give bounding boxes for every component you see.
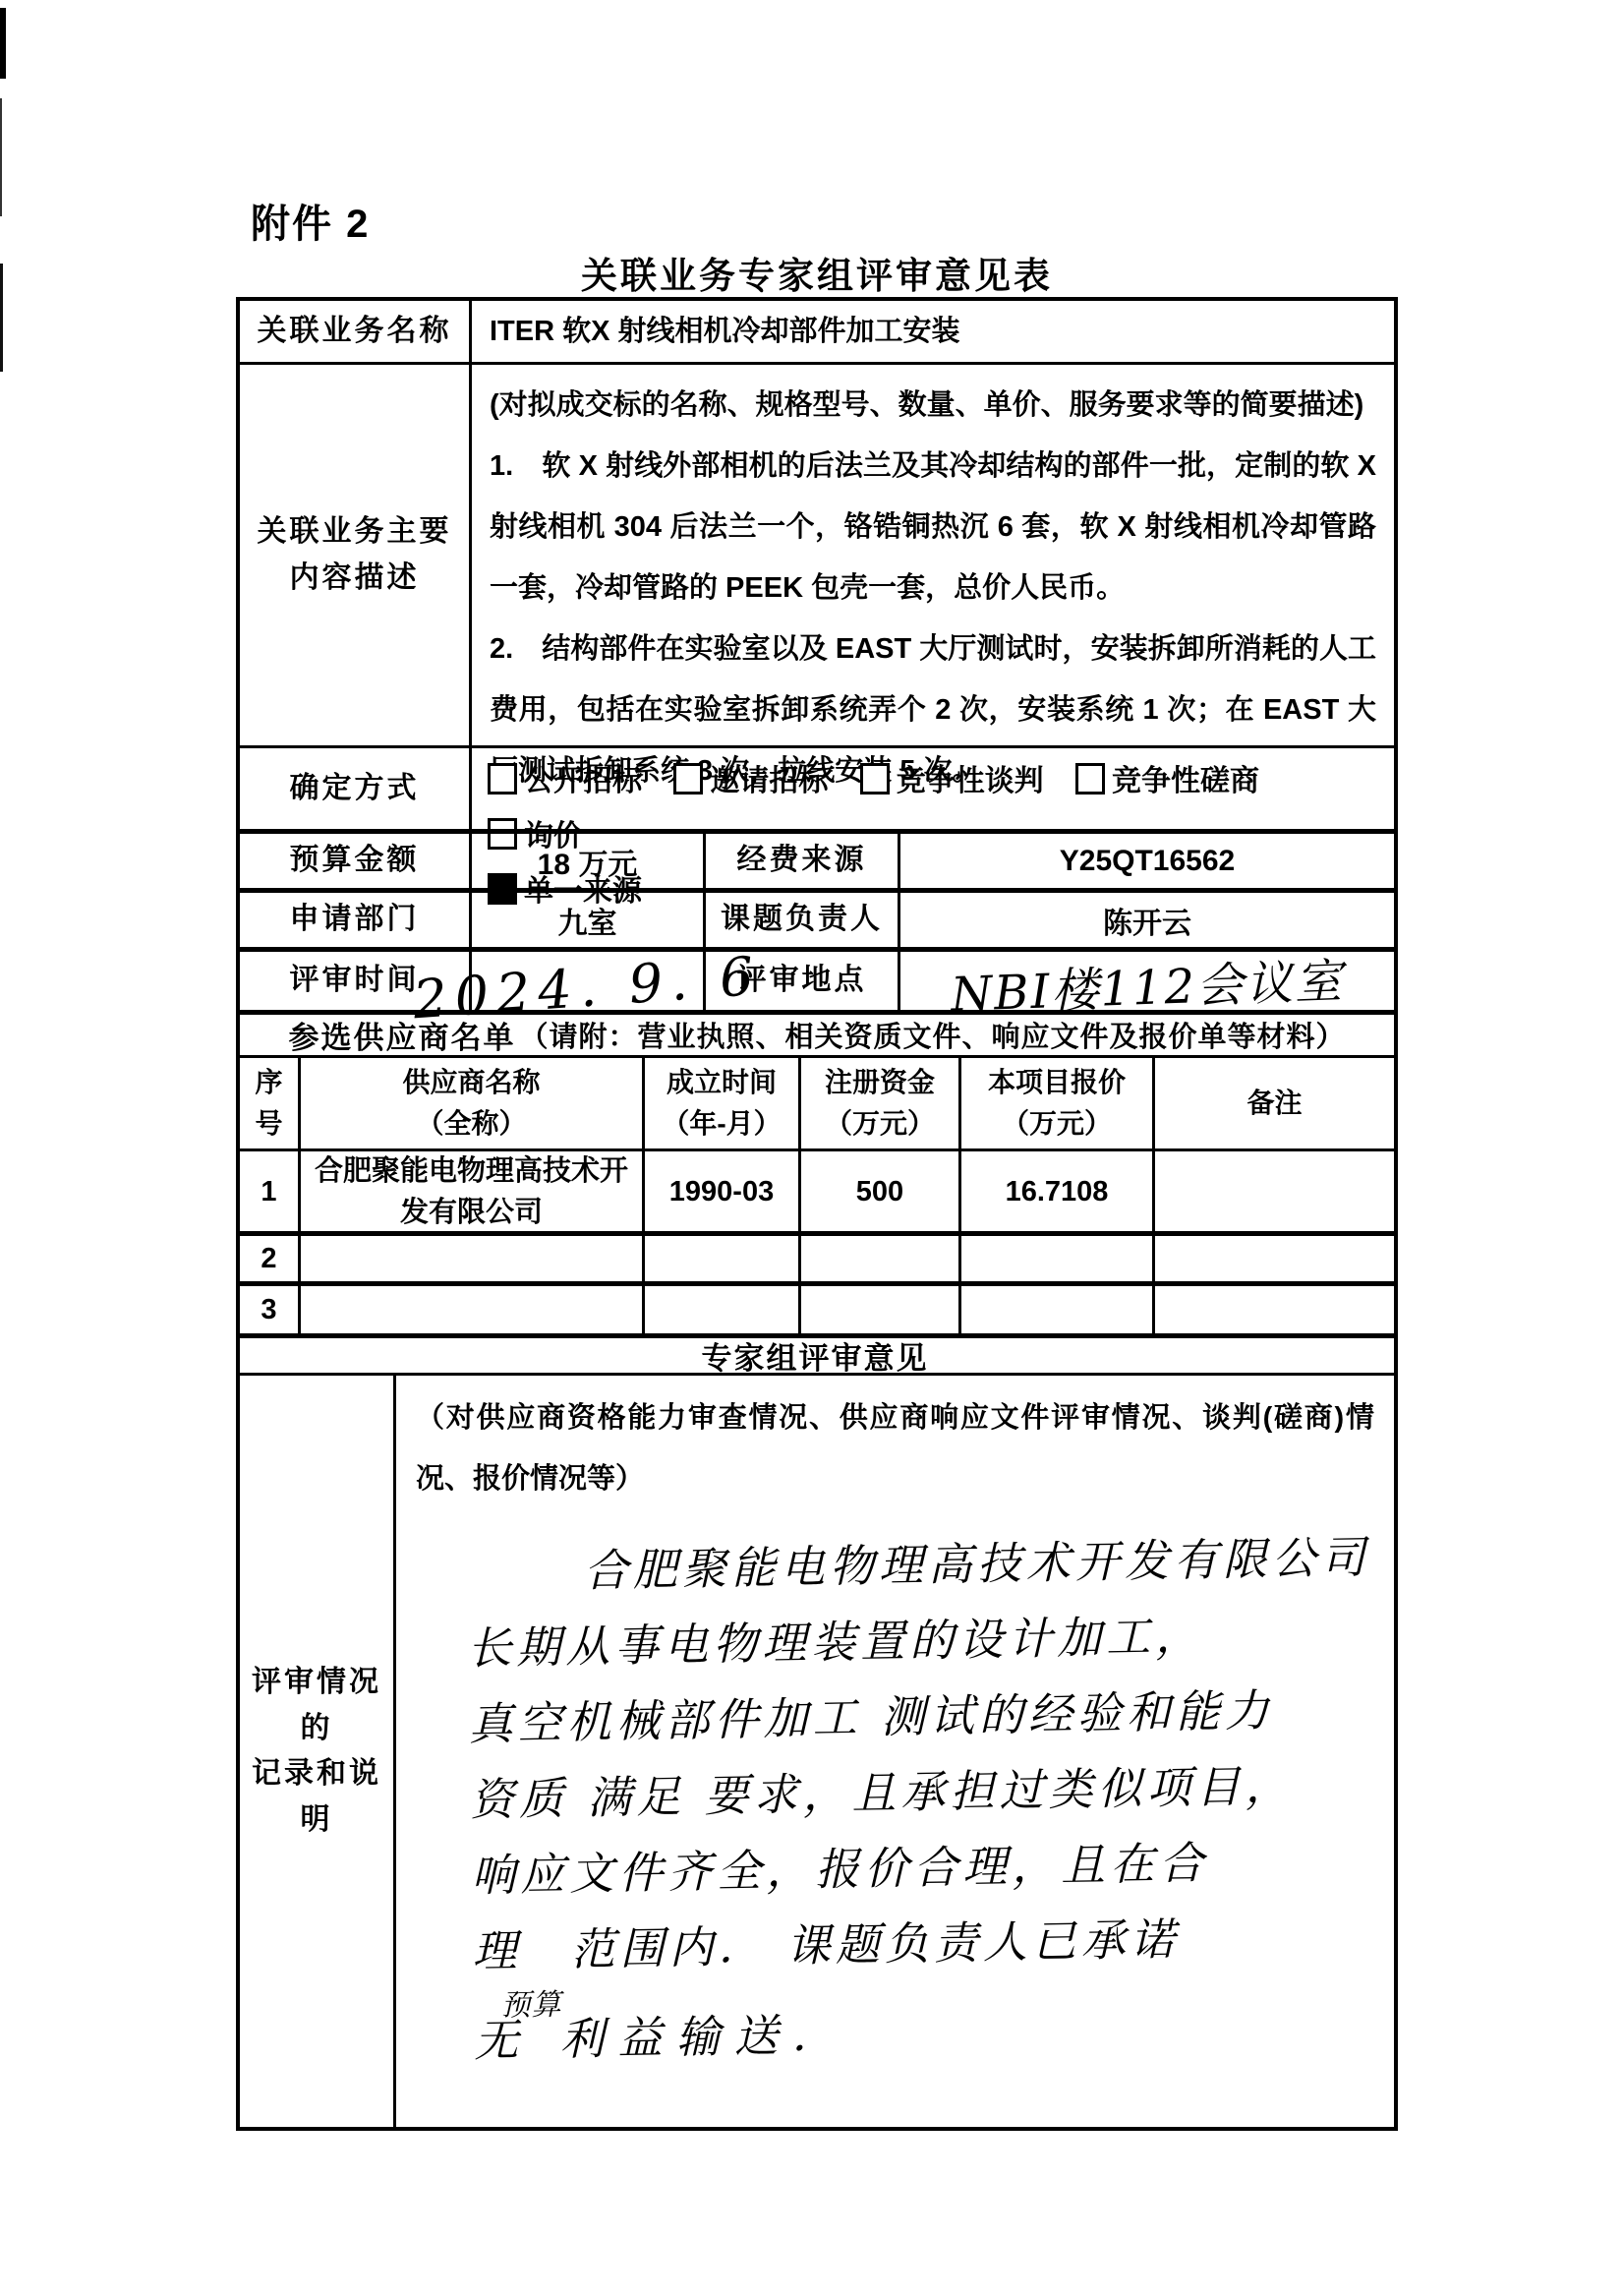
handwriting-line: 无 利益输送． xyxy=(474,1987,1379,2079)
page-title: 关联业务专家组评审意见表 xyxy=(236,246,1398,299)
column-header-no: 序 号 xyxy=(240,1058,298,1148)
budget-label: 预算金额 xyxy=(240,834,469,888)
scanned-document-page: 附件 2 关联业务专家组评审意见表 关联业务名称 ITER 软X 射线相机冷却部… xyxy=(0,0,1623,2296)
supplier-capital xyxy=(798,1236,958,1281)
content-label-line2: 内容描述 xyxy=(258,556,452,602)
column-header-capital: 注册资金 （万元） xyxy=(798,1058,958,1148)
supplier-established: 1990-03 xyxy=(642,1151,798,1231)
column-header-quote: 本项目报价 （万元） xyxy=(958,1058,1152,1148)
review-section-title-text: 专家组评审意见 xyxy=(702,1333,929,1378)
budget-value: 18 万元 xyxy=(469,834,703,888)
method-option: 竞争性谈判 xyxy=(860,765,1044,797)
column-header-text: （全称） xyxy=(416,1103,526,1145)
row-business-name: 关联业务名称 ITER 软X 射线相机冷却部件加工安装 xyxy=(240,301,1394,362)
column-header-text: 备注 xyxy=(1246,1083,1302,1124)
column-header-remark: 备注 xyxy=(1152,1058,1394,1148)
method-option-label: 竞争性磋商 xyxy=(1112,765,1259,797)
supplier-name: 合肥聚能电物理高技术开发有限公司 xyxy=(298,1151,642,1231)
row-supplier-section-header: 参选供应商名单 （请附：营业执照、相关资质文件、响应文件及报价单等材料） xyxy=(240,1010,1394,1055)
supplier-row-1: 1 合肥聚能电物理高技术开发有限公司 1990-03 500 16.7108 xyxy=(240,1148,1394,1231)
review-form-table: 关联业务名称 ITER 软X 射线相机冷却部件加工安装 关联业务主要 内容描述 … xyxy=(236,297,1398,2131)
row-supplier-columns: 序 号 供应商名称 （全称） 成立时间 （年-月） 注册资金 （万元） 本项目报… xyxy=(240,1055,1394,1148)
row-budget: 预算金额 18 万元 经费来源 Y25QT16562 xyxy=(240,829,1394,888)
supplier-established xyxy=(642,1236,798,1281)
checkbox-icon xyxy=(860,763,890,795)
supplier-no: 2 xyxy=(240,1236,298,1281)
content-note: (对拟成交标的名称、规格型号、数量、单价、服务要求等的简要描述) xyxy=(490,375,1376,436)
review-place-handwritten-value: NBI楼112会议室 xyxy=(950,943,1345,1025)
scan-edge-artifact xyxy=(0,264,3,372)
attachment-label: 附件 2 xyxy=(251,193,370,249)
supplier-capital xyxy=(798,1286,958,1333)
review-label-line2: 记录和说明 xyxy=(240,1751,393,1843)
checkbox-icon xyxy=(1075,763,1105,795)
supplier-row-3: 3 xyxy=(240,1281,1394,1333)
row-department: 申请部门 九室 课题负责人 陈开云 xyxy=(240,888,1394,947)
supplier-remark xyxy=(1152,1236,1394,1281)
review-record-label: 评审情况的 记录和说明 xyxy=(240,1376,393,2127)
supplier-section-header: 参选供应商名单 （请附：营业执照、相关资质文件、响应文件及报价单等材料） xyxy=(240,1015,1394,1055)
method-option: 公开招标 xyxy=(488,765,642,797)
content-label-line1: 关联业务主要 xyxy=(258,509,452,556)
review-record-content: （对供应商资格能力审查情况、供应商响应文件评审情况、谈判(磋商)情况、报价情况等… xyxy=(393,1376,1394,2127)
supplier-capital: 500 xyxy=(798,1151,958,1231)
column-header-text: 序 xyxy=(255,1062,282,1103)
column-header-text: 成立时间 xyxy=(667,1062,777,1103)
column-header-supplier-name: 供应商名称 （全称） xyxy=(298,1058,642,1148)
supplier-quote xyxy=(958,1286,1152,1333)
department-label: 申请部门 xyxy=(240,893,469,947)
department-value: 九室 xyxy=(469,893,703,947)
review-label-line1: 评审情况的 xyxy=(240,1660,393,1751)
content-description-label: 关联业务主要 内容描述 xyxy=(240,365,469,745)
supplier-established xyxy=(642,1286,798,1333)
leader-label: 课题负责人 xyxy=(703,893,898,947)
supplier-quote xyxy=(958,1236,1152,1281)
content-description-text: (对拟成交标的名称、规格型号、数量、单价、服务要求等的简要描述) 1. 软 X … xyxy=(469,365,1394,745)
handwriting-line-text: 理 范围内． 课题负责人已承诺 xyxy=(472,1913,1180,1977)
funding-label: 经费来源 xyxy=(703,834,898,888)
column-header-text: （万元） xyxy=(1002,1103,1112,1145)
review-section-title: 专家组评审意见 xyxy=(240,1338,1394,1373)
column-header-text: 供应商名称 xyxy=(402,1062,540,1103)
review-note: （对供应商资格能力审查情况、供应商响应文件评审情况、谈判(磋商)情况、报价情况等… xyxy=(416,1387,1374,1509)
supplier-no: 3 xyxy=(240,1286,298,1333)
supplier-no: 1 xyxy=(240,1151,298,1231)
method-option-label: 竞争性谈判 xyxy=(897,765,1044,797)
supplier-name xyxy=(298,1236,642,1281)
row-content-description: 关联业务主要 内容描述 (对拟成交标的名称、规格型号、数量、单价、服务要求等的简… xyxy=(240,362,1394,745)
row-method: 确定方式 公开招标 邀请招标 竞争性谈判 竞争性磋商 询价 单一来源 xyxy=(240,745,1394,829)
method-label: 确定方式 xyxy=(240,748,469,829)
leader-value: 陈开云 xyxy=(898,893,1394,947)
business-name-label: 关联业务名称 xyxy=(240,301,469,362)
column-header-text: （年-月） xyxy=(662,1103,781,1145)
method-option: 邀请招标 xyxy=(673,765,828,797)
supplier-section-note: （请附：营业执照、相关资质文件、响应文件及报价单等材料） xyxy=(519,1015,1345,1055)
row-review-time: 评审时间 2024. 9. 6 评审地点 NBI楼112会议室 xyxy=(240,947,1394,1010)
column-header-text: 本项目报价 xyxy=(988,1062,1126,1103)
row-review-section-header: 专家组评审意见 xyxy=(240,1333,1394,1373)
handwritten-review-opinion: 合肥聚能电物理高技术开发有限公司 长期从事电物理装置的设计加工， 真空机械部件加… xyxy=(465,1519,1379,2079)
column-header-text: 号 xyxy=(255,1103,282,1145)
scan-edge-artifact xyxy=(0,98,2,216)
column-header-established: 成立时间 （年-月） xyxy=(642,1058,798,1148)
handwriting-line: 合肥聚能电物理高技术开发有限公司 xyxy=(583,1519,1370,1609)
column-header-text: （万元） xyxy=(825,1103,935,1145)
supplier-remark xyxy=(1152,1286,1394,1333)
handwriting-line: 理 范围内． 课题负责人已承诺 预算 xyxy=(472,1898,1377,1989)
method-option-label: 邀请招标 xyxy=(710,765,828,797)
method-option: 竞争性磋商 xyxy=(1075,765,1259,797)
supplier-name xyxy=(298,1286,642,1333)
column-header-text: 注册资金 xyxy=(825,1062,935,1103)
checkbox-icon xyxy=(673,763,703,795)
method-option-label: 公开招标 xyxy=(524,765,642,797)
supplier-quote: 16.7108 xyxy=(958,1151,1152,1231)
business-name-value: ITER 软X 射线相机冷却部件加工安装 xyxy=(469,301,1394,362)
checkbox-icon xyxy=(488,763,517,795)
supplier-remark xyxy=(1152,1151,1394,1231)
method-options: 公开招标 邀请招标 竞争性谈判 竞争性磋商 询价 单一来源 xyxy=(469,748,1394,829)
supplier-row-2: 2 xyxy=(240,1231,1394,1281)
funding-value: Y25QT16562 xyxy=(898,834,1394,888)
content-item-1: 1. 软 X 射线外部相机的后法兰及其冷却结构的部件一批，定制的软 X 射线相机… xyxy=(490,436,1376,618)
scan-edge-artifact xyxy=(0,8,6,79)
row-review-record: 评审情况的 记录和说明 （对供应商资格能力审查情况、供应商响应文件评审情况、谈判… xyxy=(240,1373,1394,2127)
